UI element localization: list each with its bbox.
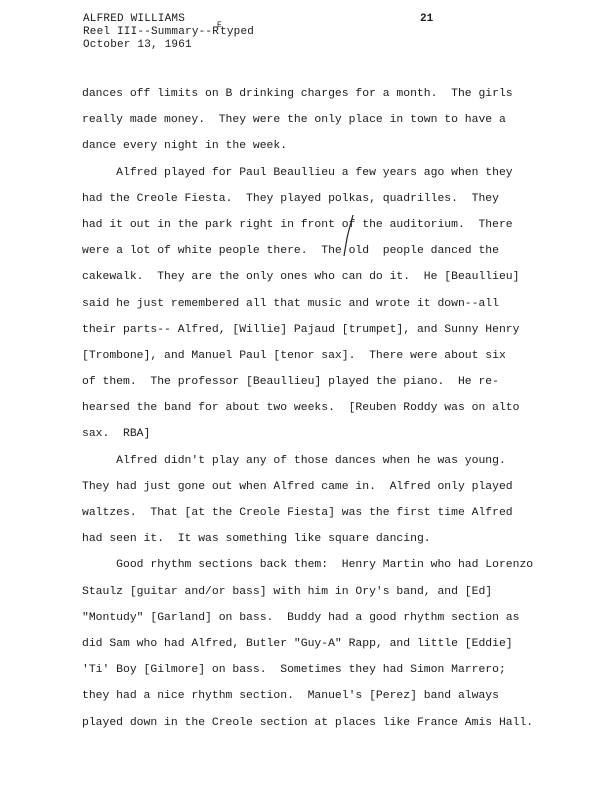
text-line: they had a nice rhythm section. Manuel's…: [82, 683, 562, 709]
text-line: 'Ti' Boy [Gilmore] on bass. Sometimes th…: [82, 657, 562, 683]
summary-body: dances off limits on B drinking charges …: [82, 81, 562, 736]
text-line: sax. RBA]: [82, 421, 562, 447]
interview-date: October 13, 1961: [83, 39, 254, 52]
text-line: of them. The professor [Beaullieu] playe…: [82, 369, 562, 395]
text-line: hearsed the band for about two weeks. [R…: [82, 395, 562, 421]
text-line: Staulz [guitar and/or bass] with him in …: [82, 579, 562, 605]
text-line: Alfred didn't play any of those dances w…: [82, 448, 562, 474]
text-line: said he just remembered all that music a…: [82, 291, 562, 317]
text-line: [Trombone], and Manuel Paul [tenor sax].…: [82, 343, 562, 369]
text-line: Alfred played for Paul Beaullieu a few y…: [82, 160, 562, 186]
reel-label: Reel III--Summary--R: [83, 26, 219, 38]
text-line: did Sam who had Alfred, Butler "Guy-A" R…: [82, 631, 562, 657]
text-line: dances off limits on B drinking charges …: [82, 81, 562, 107]
interviewee-name: ALFRED WILLIAMS: [83, 13, 254, 26]
text-line: had it out in the park right in front of…: [82, 212, 562, 238]
text-line: really made money. They were the only pl…: [82, 107, 562, 133]
reel-line: Reel III--Summary--REtyped: [83, 26, 254, 39]
reel-superscript: E: [217, 21, 222, 30]
document-header: ALFRED WILLIAMS Reel III--Summary--REtyp…: [83, 13, 254, 52]
text-line: Good rhythm sections back them: Henry Ma…: [82, 552, 562, 578]
text-line: dance every night in the week.: [82, 133, 562, 159]
reel-status: typed: [220, 26, 254, 38]
text-line: waltzes. That [at the Creole Fiesta] was…: [82, 500, 562, 526]
handwritten-pen-mark-icon: [341, 214, 355, 258]
text-line: played down in the Creole section at pla…: [82, 710, 562, 736]
text-line: were a lot of white people there. The ol…: [82, 238, 562, 264]
text-line: cakewalk. They are the only ones who can…: [82, 264, 562, 290]
text-line: had the Creole Fiesta. They played polka…: [82, 186, 562, 212]
text-line: their parts-- Alfred, [Willie] Pajaud [t…: [82, 317, 562, 343]
text-line: They had just gone out when Alfred came …: [82, 474, 562, 500]
text-line: "Montudy" [Garland] on bass. Buddy had a…: [82, 605, 562, 631]
text-line: had seen it. It was something like squar…: [82, 526, 562, 552]
page-number: 21: [420, 13, 433, 25]
